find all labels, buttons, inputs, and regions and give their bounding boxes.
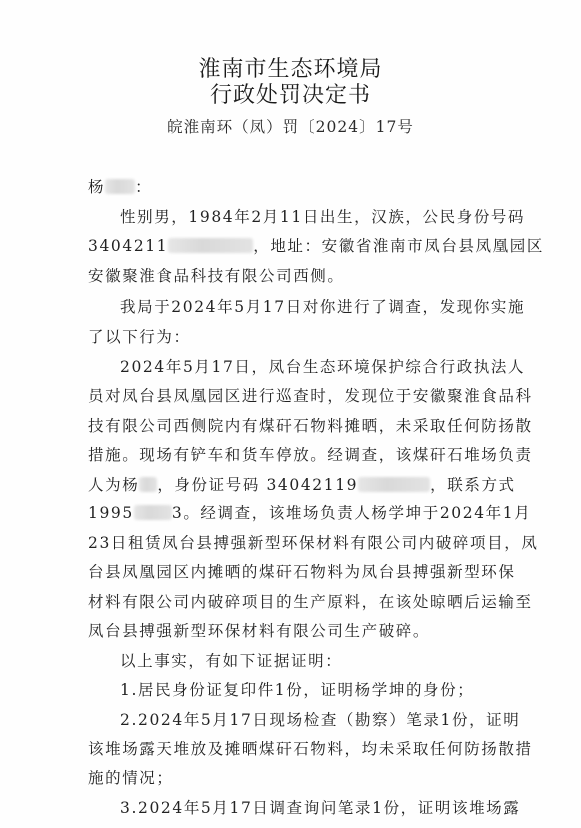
redacted-id-number	[168, 238, 253, 253]
evidence-item-2: 2.2024年5月17日现场检查（勘察）笔录1份，证明	[120, 709, 520, 731]
body-line: 23日租赁凤台县搏强新型环保材料有限公司内破碎项目，凤	[88, 532, 538, 554]
text-segment: 3。经调查，该堆场负责人杨学坤于2024年1月	[172, 504, 531, 522]
body-line-responsible-person: 人为杨，身份证号码 34042119，联系方式	[88, 474, 516, 496]
text-segment: ，身份证号码 34042119	[157, 476, 358, 494]
salutation-suffix: ：	[135, 178, 152, 196]
body-line: 员对凤台县凤凰园区进行巡查时，发现位于安徽聚淮食品科	[88, 385, 533, 407]
id-prefix: 3404211	[88, 237, 168, 255]
redacted-name	[105, 179, 135, 194]
body-line: 措施。现场有铲车和货车停放。经调查，该煤矸石堆场负责	[88, 444, 533, 466]
body-line: 安徽聚淮食品科技有限公司西侧。	[88, 265, 345, 287]
body-line: 台县凤凰园区内摊晒的煤矸石物料为凤台县搏强新型环保	[88, 561, 516, 583]
evidence-item-1: 1.居民身份证复印件1份，证明杨学坤的身份；	[120, 679, 474, 701]
document-page: 淮南市生态环境局 行政处罚决定书 皖淮南环（凤）罚〔2024〕17号 杨： 性别…	[0, 0, 581, 828]
text-segment: 人为杨	[88, 476, 139, 494]
document-number: 皖淮南环（凤）罚〔2024〕17号	[0, 116, 581, 138]
body-line: 施的情况；	[88, 767, 174, 789]
salutation: 杨：	[88, 176, 152, 198]
body-line: 该堆场露天堆放及摊晒煤矸石物料，均未采取任何防扬散措	[88, 738, 533, 760]
redacted-phone	[134, 505, 172, 520]
body-line: 材料有限公司内破碎项目的生产原料，在该处晾晒后运输至	[88, 591, 533, 613]
text-segment: ，联系方式	[430, 476, 516, 494]
address-text: ，地址：安徽省淮南市凤台县凤凰园区	[253, 237, 544, 255]
issuing-authority-title: 淮南市生态环境局	[0, 57, 581, 83]
body-line: 2024年5月17日，凤台生态环境保护综合行政执法人	[120, 356, 525, 378]
document-type-title: 行政处罚决定书	[0, 83, 581, 109]
body-line: 我局于2024年5月17日对你进行了调查，发现你实施	[120, 296, 525, 318]
body-line: 了以下行为：	[88, 326, 191, 348]
redacted-name	[139, 477, 157, 492]
text-segment: 1995	[88, 504, 134, 522]
body-line: 凤台县搏强新型环保材料有限公司生产破碎。	[88, 620, 430, 642]
body-line: 技有限公司西侧院内有煤矸石物料摊晒，未采取任何防扬散	[88, 415, 533, 437]
body-line: 性别男，1984年2月11日出生，汉族，公民身份号码	[120, 206, 525, 228]
evidence-item-3: 3.2024年5月17日调查询问笔录1份，证明该堆场露	[120, 797, 520, 819]
redacted-id-number	[358, 477, 430, 492]
body-line-contact: 19953。经调查，该堆场负责人杨学坤于2024年1月	[88, 502, 531, 524]
evidence-heading: 以上事实，有如下证据证明：	[120, 650, 342, 672]
salutation-prefix: 杨	[88, 178, 105, 196]
body-line-id-address: 3404211，地址：安徽省淮南市凤台县凤凰园区	[88, 235, 544, 257]
